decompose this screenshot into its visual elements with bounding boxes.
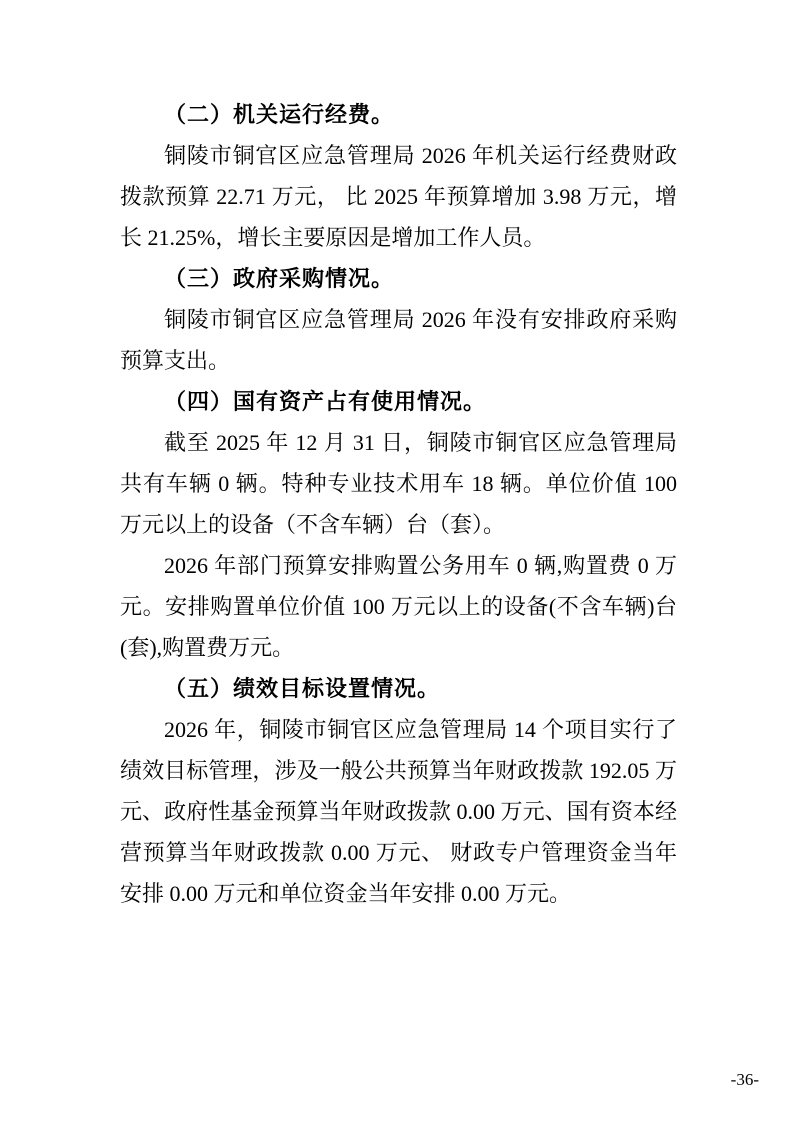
paragraph-state-assets-vehicles: 截至 2025 年 12 月 31 日，铜陵市铜官区应急管理局共有车辆 0 辆。… bbox=[120, 422, 677, 545]
paragraph-state-assets-purchases: 2026 年部门预算安排购置公务用车 0 辆,购置费 0 万元。安排购置单位价值… bbox=[120, 545, 677, 668]
paragraph-agency-operating-funds: 铜陵市铜官区应急管理局 2026 年机关运行经费财政拨款预算 22.71 万元，… bbox=[120, 135, 677, 258]
document-body: （二）机关运行经费。 铜陵市铜官区应急管理局 2026 年机关运行经费财政拨款预… bbox=[120, 94, 677, 914]
section-heading-performance-targets: （五）绩效目标设置情况。 bbox=[120, 668, 677, 709]
section-heading-state-assets: （四）国有资产占有使用情况。 bbox=[120, 381, 677, 422]
document-page: （二）机关运行经费。 铜陵市铜官区应急管理局 2026 年机关运行经费财政拨款预… bbox=[0, 0, 793, 1122]
page-number: -36- bbox=[731, 1070, 759, 1090]
section-heading-government-procurement: （三）政府采购情况。 bbox=[120, 258, 677, 299]
paragraph-performance-targets: 2026 年，铜陵市铜官区应急管理局 14 个项目实行了绩效目标管理，涉及一般公… bbox=[120, 709, 677, 914]
paragraph-government-procurement: 铜陵市铜官区应急管理局 2026 年没有安排政府采购预算支出。 bbox=[120, 299, 677, 381]
section-heading-agency-operating-funds: （二）机关运行经费。 bbox=[120, 94, 677, 135]
